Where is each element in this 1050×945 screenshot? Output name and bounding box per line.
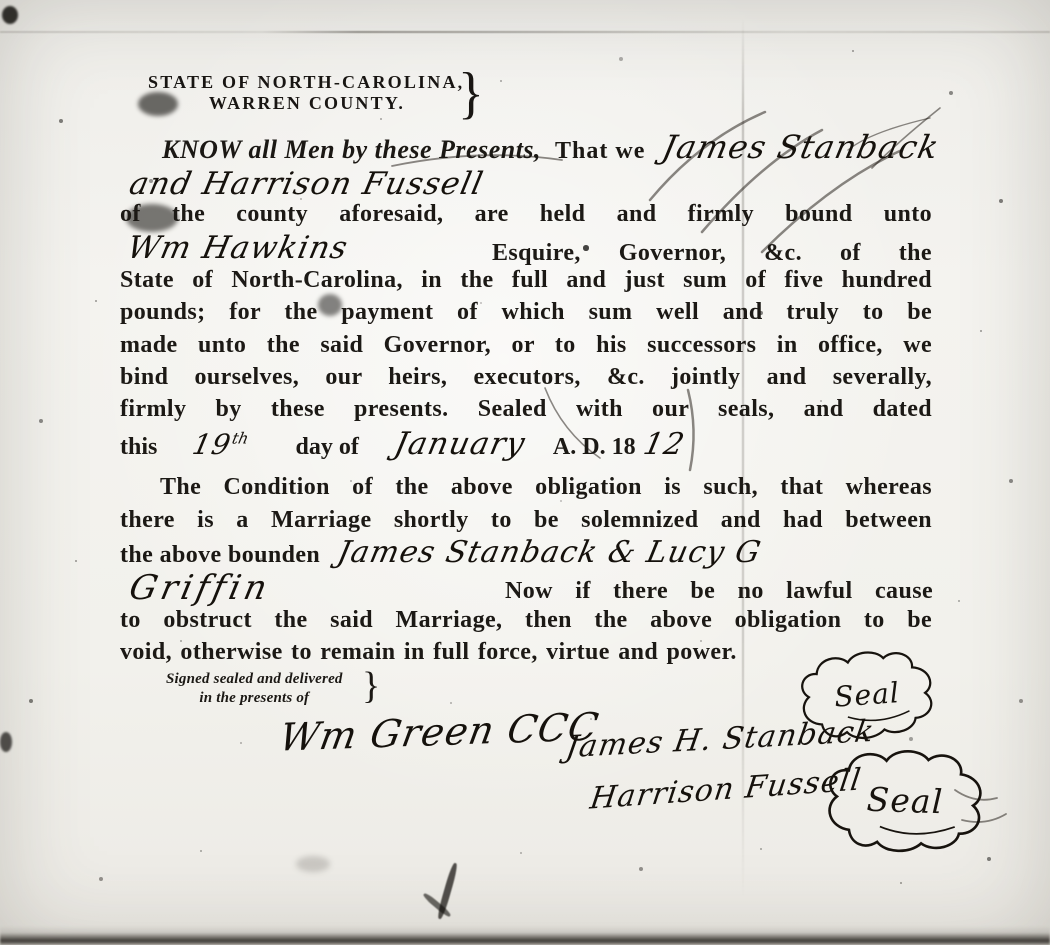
date-ad-printed: A. D. 18 <box>553 434 636 460</box>
attestation-line-2: in the presents of <box>166 689 343 708</box>
attestation-brace: } <box>362 664 380 708</box>
body-line-successors: made unto the said Governor, or to his s… <box>120 333 932 358</box>
paper-specks <box>0 0 2 2</box>
document-header: STATE OF NORTH-CAROLINA, WARREN COUNTY. <box>148 72 466 113</box>
seal-flourish-surety: Seal <box>813 743 997 859</box>
handwritten-bride-surname: Griffin <box>126 568 275 608</box>
header-county-line: WARREN COUNTY. <box>148 93 466 114</box>
opening-line: KNOW all Men by these Presents, That we … <box>162 128 939 166</box>
date-day-of-word: day of <box>296 434 359 460</box>
attestation-block: Signed sealed and delivered in the prese… <box>166 670 343 708</box>
horizontal-fold-crease <box>0 31 1050 33</box>
condition-line-5: to obstruct the said Marriage, then the … <box>120 608 932 633</box>
handwritten-day: 19th <box>190 428 251 461</box>
body-line-sealed: firmly by these presents. Sealed with ou… <box>120 397 932 422</box>
seal-label: Seal <box>833 676 901 713</box>
header-brace: } <box>458 60 484 125</box>
condition-line-2: there is a Marriage shortly to be solemn… <box>120 508 932 533</box>
body-line-bound-unto: of the county aforesaid, are held and fi… <box>120 202 932 227</box>
handwritten-surety-line: and Harrison Fussell <box>126 166 487 202</box>
handwritten-principal-name: James Stanback <box>659 128 943 166</box>
condition-line-1: The Condition of the above obligation is… <box>120 475 932 500</box>
handwritten-couple-names: James Stanback & Lucy G <box>334 535 764 570</box>
paper-bottom-edge <box>0 926 1050 945</box>
seal-label: Seal <box>866 780 944 822</box>
header-state-line: STATE OF NORTH-CAROLINA, <box>148 72 464 92</box>
know-all-men-phrase: KNOW all Men by these Presents, <box>162 135 541 164</box>
ink-smudge <box>296 856 330 872</box>
handwritten-day-suffix: th <box>231 430 251 448</box>
body-line-payment: pounds; for the payment of which sum wel… <box>120 300 932 325</box>
that-we-text: That we <box>555 138 645 164</box>
seal-flourish-principal: Seal <box>789 643 945 747</box>
witness-signature: Wm Green CCC <box>276 704 602 759</box>
handwritten-month: January <box>391 426 529 462</box>
ink-smudge <box>0 732 12 752</box>
body-line-jointly: bind ourselves, our heirs, executors, &c… <box>120 365 932 390</box>
date-this-word: this <box>120 434 157 460</box>
body-line-esquire: Esquire, Governor, &c. of the <box>492 240 932 267</box>
marriage-bond-document: STATE OF NORTH-CAROLINA, WARREN COUNTY. … <box>0 0 1050 945</box>
attestation-line-1: Signed sealed and delivered <box>166 671 343 687</box>
condition-line-4: Now if there be no lawful cause <box>505 578 933 605</box>
body-line-sum: State of North-Carolina, in the full and… <box>120 268 932 293</box>
ink-smudge <box>2 6 18 24</box>
handwritten-governor-name: Wm Hawkins <box>124 230 351 266</box>
date-line: this 19th day of January A. D. 18 12 <box>120 426 684 462</box>
handwritten-year: 12 <box>640 427 688 462</box>
condition-bounden-prefix: the above bounden <box>120 542 320 568</box>
